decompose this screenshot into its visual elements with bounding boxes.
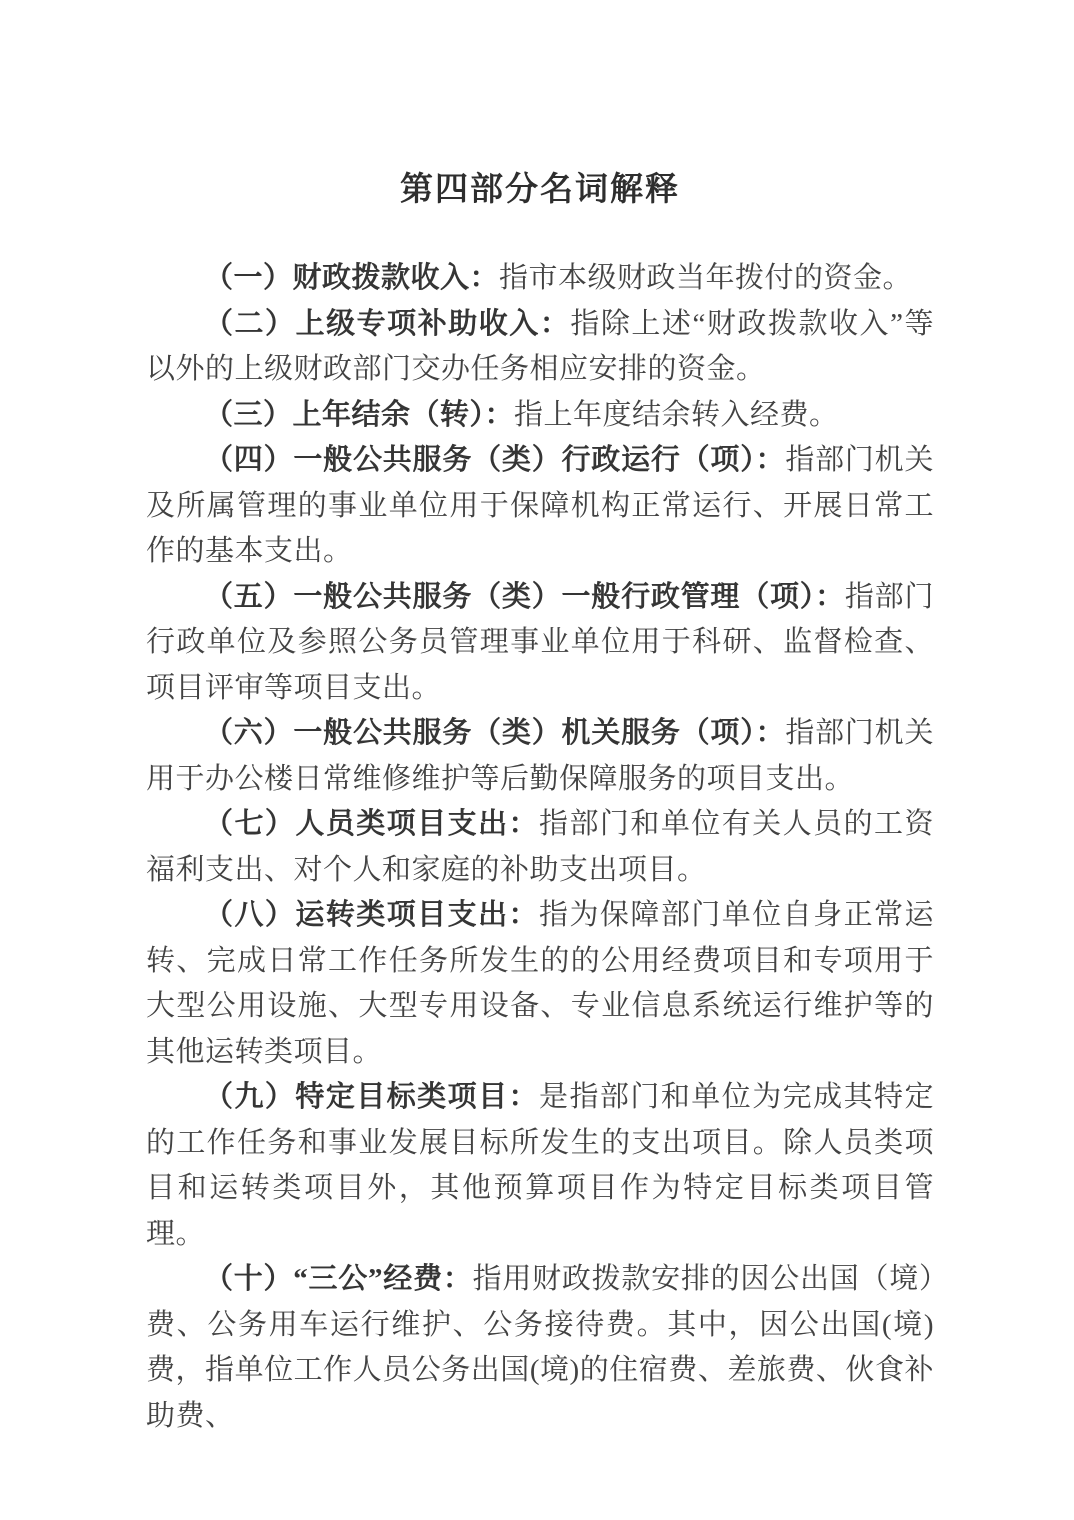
term-label: （五）一般公共服务（类）一般行政管理（项）： — [204, 581, 845, 613]
document-page: 第四部分名词解释 （一）财政拨款收入：指市本级财政当年拨付的资金。 （二）上级专… — [0, 0, 1074, 1520]
term-paragraph-5: （五）一般公共服务（类）一般行政管理（项）：指部门行政单位及参照公务员管理事业单… — [146, 575, 934, 712]
term-paragraph-8: （八）运转类项目支出：指为保障部门单位自身正常运转、完成日常工作任务所发生的的公… — [146, 893, 934, 1075]
term-paragraph-2: （二）上级专项补助收入：指除上述“财政拨款收入”等以外的上级财政部门交办任务相应… — [146, 302, 934, 393]
term-paragraph-3: （三）上年结余（转）：指上年度结余转入经费。 — [146, 393, 934, 439]
term-label: （二）上级专项补助收入： — [204, 308, 570, 340]
page-title: 第四部分名词解释 — [146, 168, 934, 210]
term-paragraph-4: （四）一般公共服务（类）行政运行（项）：指部门机关及所属管理的事业单位用于保障机… — [146, 438, 934, 575]
term-label: （八）运转类项目支出： — [204, 899, 539, 931]
term-label: （九）特定目标类项目： — [204, 1081, 539, 1113]
page-content: 第四部分名词解释 （一）财政拨款收入：指市本级财政当年拨付的资金。 （二）上级专… — [146, 168, 934, 1439]
term-paragraph-7: （七）人员类项目支出：指部门和单位有关人员的工资福利支出、对个人和家庭的补助支出… — [146, 802, 934, 893]
term-label: （六）一般公共服务（类）机关服务（项）： — [204, 717, 785, 749]
term-label: （七）人员类项目支出： — [204, 808, 539, 840]
term-paragraph-9: （九）特定目标类项目：是指部门和单位为完成其特定的工作任务和事业发展目标所发生的… — [146, 1075, 934, 1257]
term-definition: 指市本级财政当年拨付的资金。 — [499, 262, 912, 294]
term-label: （四）一般公共服务（类）行政运行（项）： — [204, 444, 785, 476]
term-paragraph-10: （十）“三公”经费：指用财政拨款安排的因公出国（境）费、公务用车运行维护、公务接… — [146, 1257, 934, 1439]
term-label: （一）财政拨款收入： — [204, 262, 499, 294]
term-definition: 指上年度结余转入经费。 — [514, 399, 839, 431]
term-paragraph-1: （一）财政拨款收入：指市本级财政当年拨付的资金。 — [146, 256, 934, 302]
term-label: （十）“三公”经费： — [204, 1263, 473, 1295]
term-paragraph-6: （六）一般公共服务（类）机关服务（项）：指部门机关用于办公楼日常维修维护等后勤保… — [146, 711, 934, 802]
term-label: （三）上年结余（转）： — [204, 399, 514, 431]
